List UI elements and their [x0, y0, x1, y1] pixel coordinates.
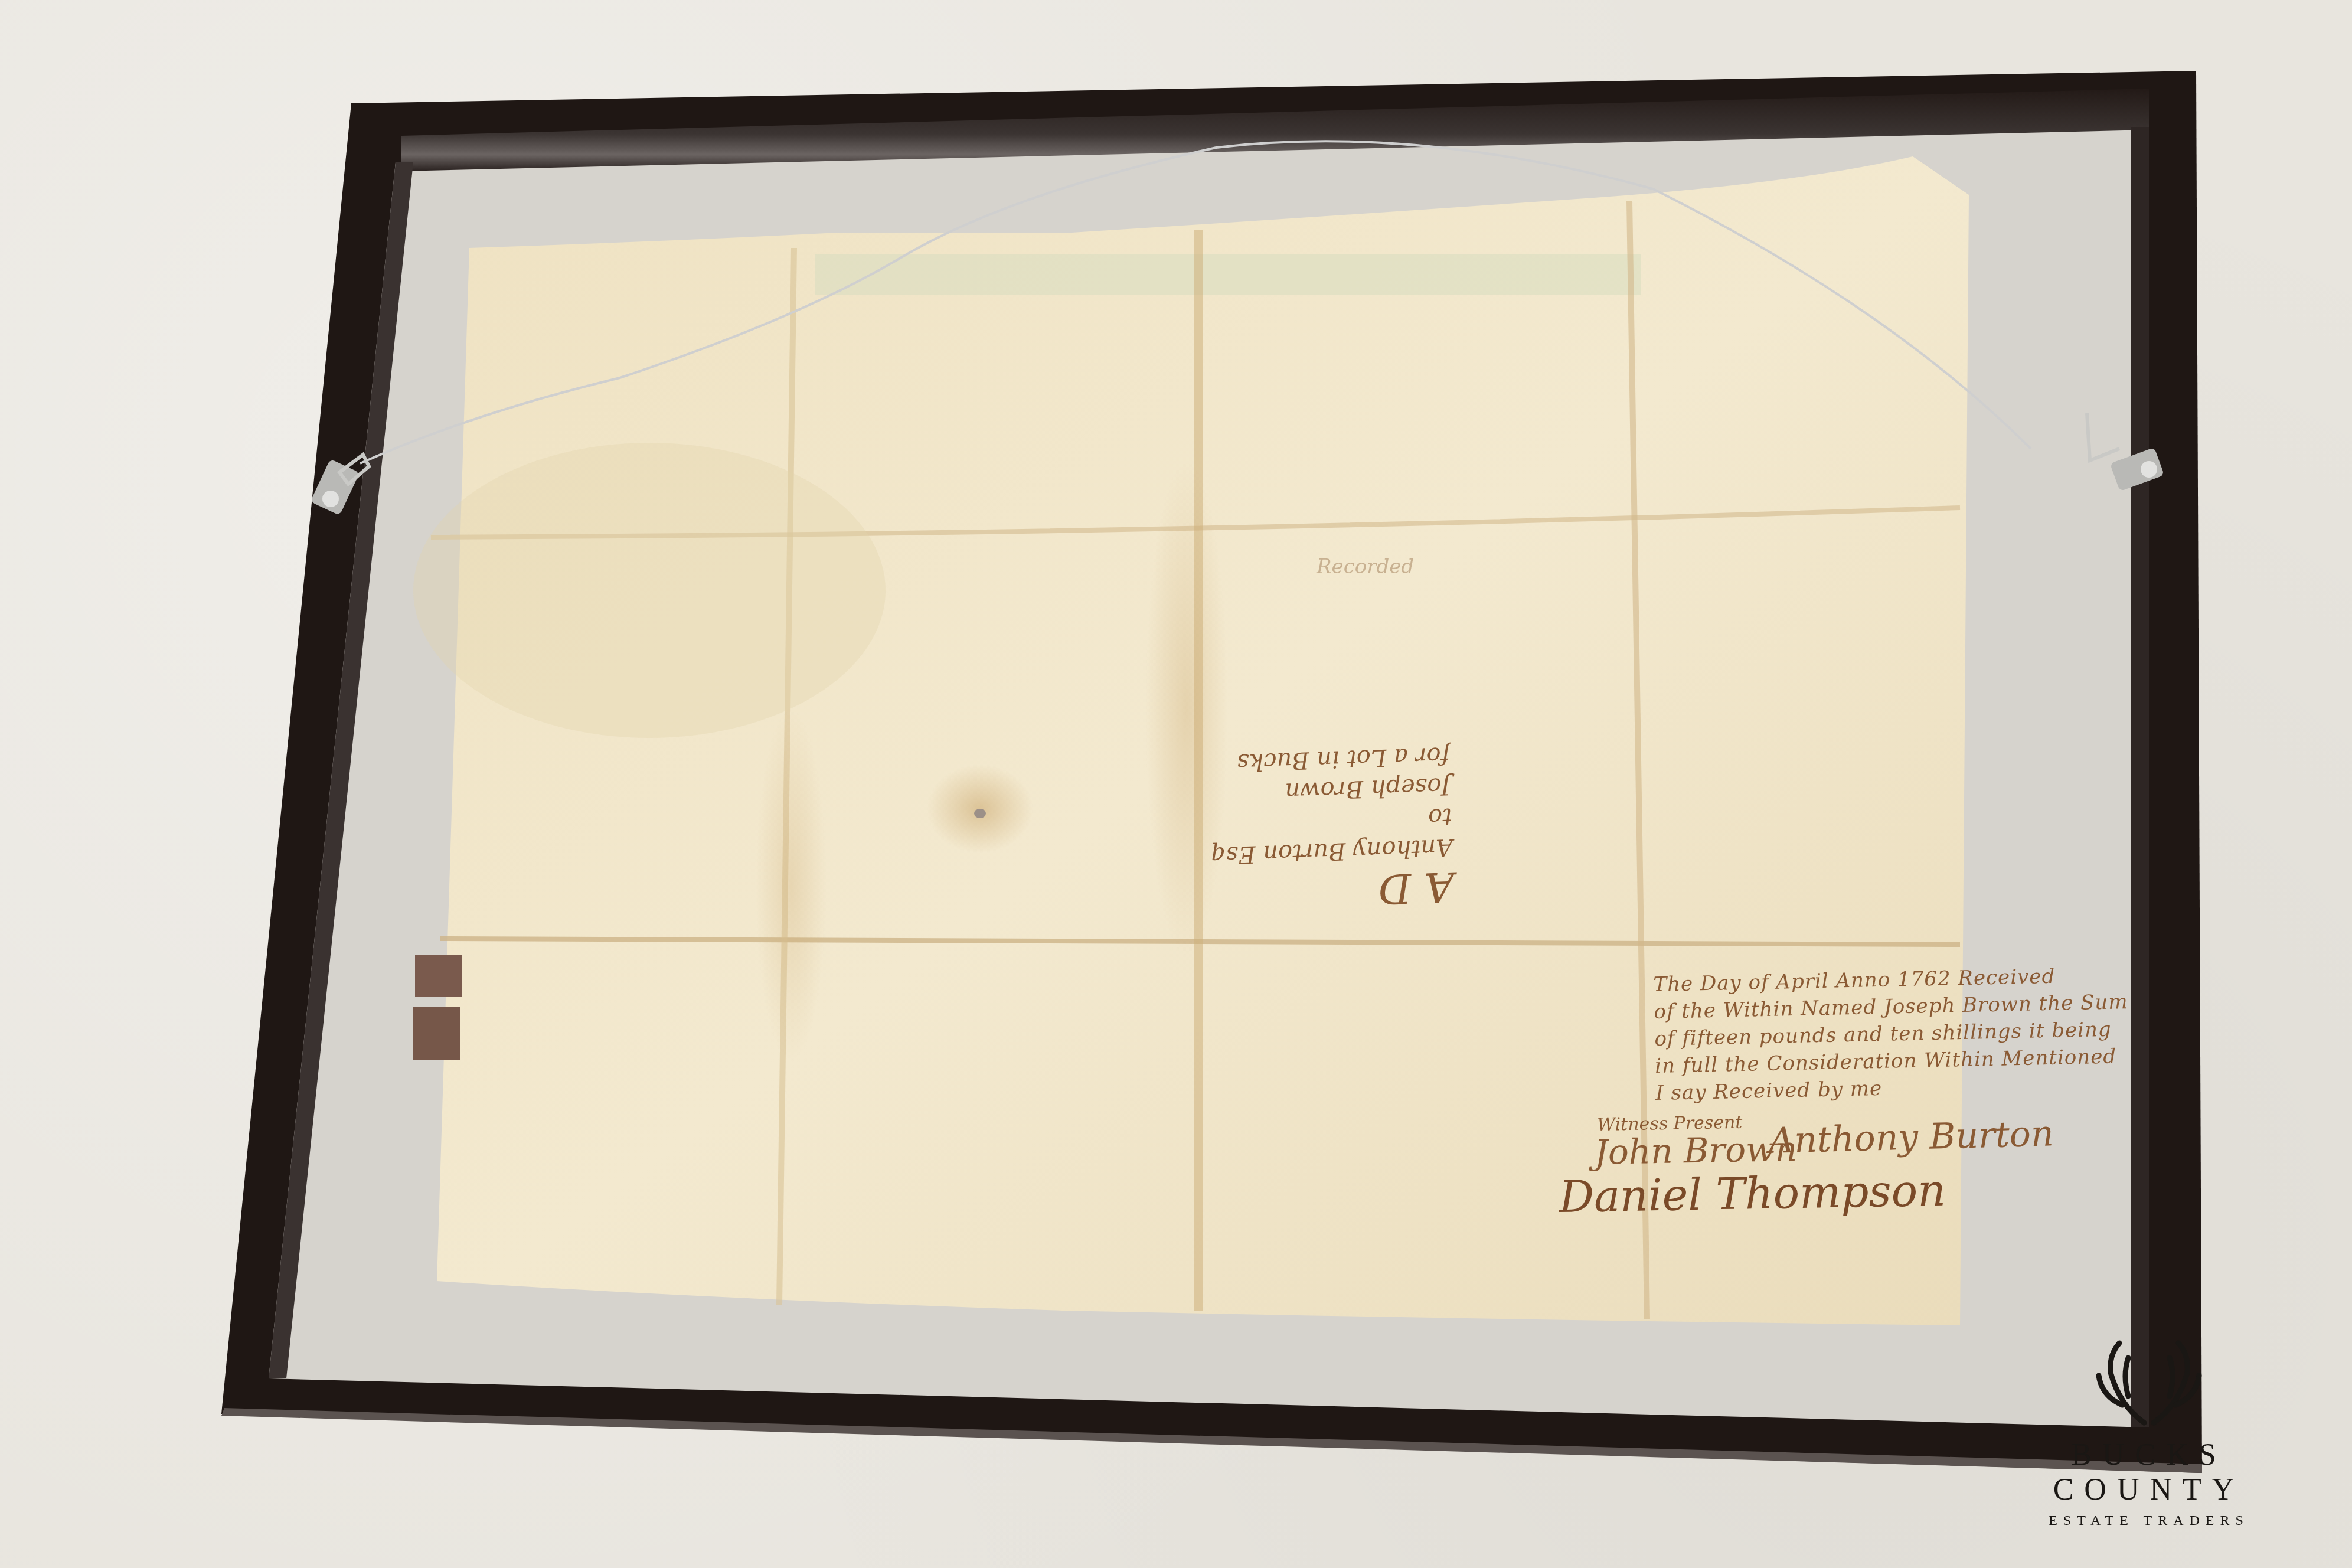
- photo-scene: Recorded A D Anthony Burton Esq to Josep…: [0, 0, 2352, 1568]
- receipt-text: The Day of April Anno 1762 Received of t…: [1653, 961, 2130, 1107]
- antlers-icon: [2096, 1340, 2202, 1429]
- signature-anthony-burton: Anthony Burton: [1768, 1113, 2054, 1162]
- seal-tab-bottom: [413, 1007, 460, 1060]
- brand-watermark: BUCKS COUNTY ESTATE TRADERS: [1984, 1340, 2314, 1529]
- watermark-title: BUCKS COUNTY: [1984, 1438, 2314, 1507]
- faint-recorded-note: Recorded: [1317, 555, 1414, 579]
- signature-john-brown: John Brown: [1594, 1129, 1798, 1172]
- watermark-subtitle: ESTATE TRADERS: [1984, 1513, 2314, 1529]
- inverted-docket: A D Anthony Burton Esq to Joseph Brown f…: [1207, 740, 1455, 919]
- framed-document-illustration: [0, 0, 2352, 1568]
- signature-daniel-thompson: Daniel Thompson: [1559, 1165, 1946, 1223]
- seal-tab-top: [415, 955, 462, 997]
- docket-line: A D: [1211, 863, 1455, 919]
